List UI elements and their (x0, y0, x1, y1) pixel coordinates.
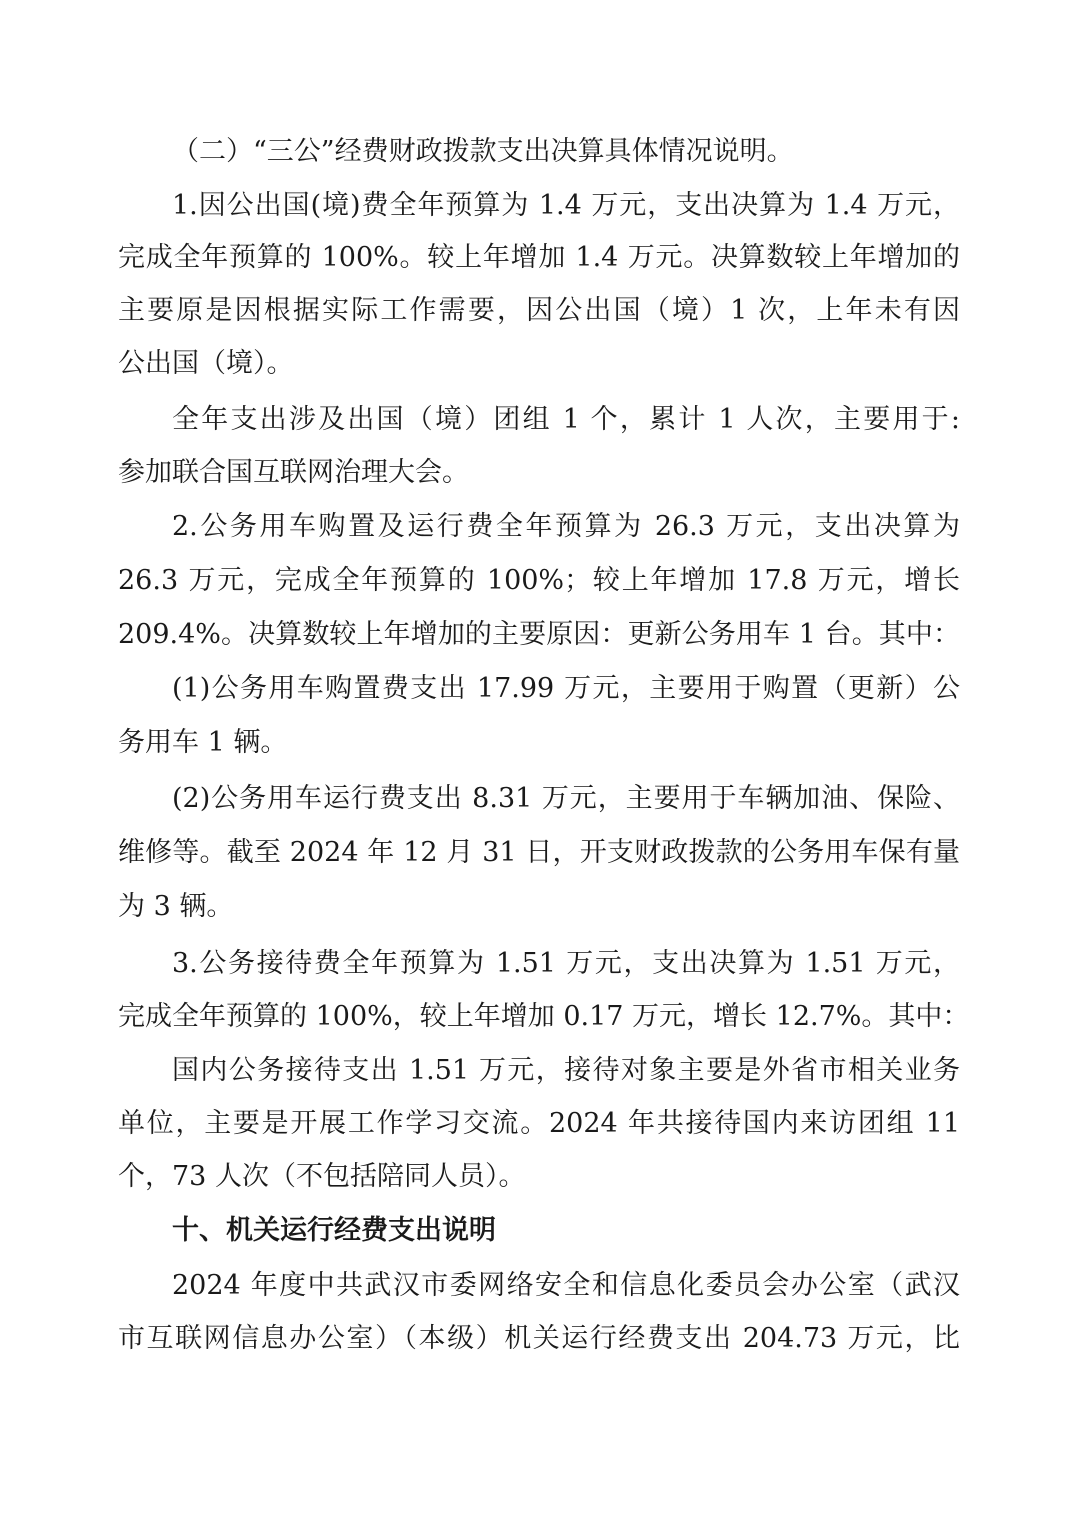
paragraph-line: 3.公务接待费全年预算为 1.51 万元，支出决算为 1.51 万元， (172, 944, 960, 984)
paragraph-line: (2)公务用车运行费支出 8.31 万元，主要用于车辆加油、保险、 (172, 779, 960, 819)
paragraph-line: 单位，主要是开展工作学习交流。2024 年共接待国内来访团组 11 (118, 1104, 960, 1144)
paragraph-line: 全年支出涉及出国（境）团组 1 个，累计 1 人次，主要用于: (172, 400, 960, 440)
paragraph-line: 市互联网信息办公室）（本级）机关运行经费支出 204.73 万元，比 (118, 1319, 960, 1359)
document-page: （二）“三公”经费财政拨款支出决算具体情况说明。 1.因公出国(境)费全年预算为… (0, 0, 1074, 1520)
paragraph-line: 维修等。截至 2024 年 12 月 31 日，开支财政拨款的公务用车保有量 (118, 833, 960, 873)
paragraph-line: 务用车 1 辆。 (118, 723, 960, 763)
paragraph-line: (1)公务用车购置费支出 17.99 万元，主要用于购置（更新）公 (172, 669, 960, 709)
paragraph-line: 26.3 万元，完成全年预算的 100%；较上年增加 17.8 万元，增长 (118, 561, 960, 601)
paragraph-line: 公出国（境）。 (118, 344, 960, 384)
paragraph-line: 209.4%。决算数较上年增加的主要原因：更新公务用车 1 台。其中： (118, 615, 960, 655)
paragraph-line: 2.公务用车购置及运行费全年预算为 26.3 万元，支出决算为 (172, 507, 960, 547)
paragraph-line: 1.因公出国(境)费全年预算为 1.4 万元，支出决算为 1.4 万元， (172, 186, 960, 226)
paragraph-line: 完成全年预算的 100%，较上年增加 0.17 万元，增长 12.7%。其中： (118, 997, 960, 1037)
sub-heading-three-public-expenses: （二）“三公”经费财政拨款支出决算具体情况说明。 (172, 132, 960, 172)
paragraph-line: 个，73 人次（不包括陪同人员）。 (118, 1157, 960, 1197)
paragraph-line: 主要原是因根据实际工作需要，因公出国（境）1 次，上年未有因 (118, 291, 960, 331)
paragraph-line: 完成全年预算的 100%。较上年增加 1.4 万元。决算数较上年增加的 (118, 238, 960, 278)
paragraph-line: 2024 年度中共武汉市委网络安全和信息化委员会办公室（武汉 (172, 1266, 960, 1306)
paragraph-line: 为 3 辆。 (118, 887, 960, 927)
section-heading-operating-expenses: 十、机关运行经费支出说明 (172, 1211, 960, 1251)
paragraph-line: 参加联合国互联网治理大会。 (118, 453, 960, 493)
paragraph-line: 国内公务接待支出 1.51 万元，接待对象主要是外省市相关业务 (172, 1051, 960, 1091)
